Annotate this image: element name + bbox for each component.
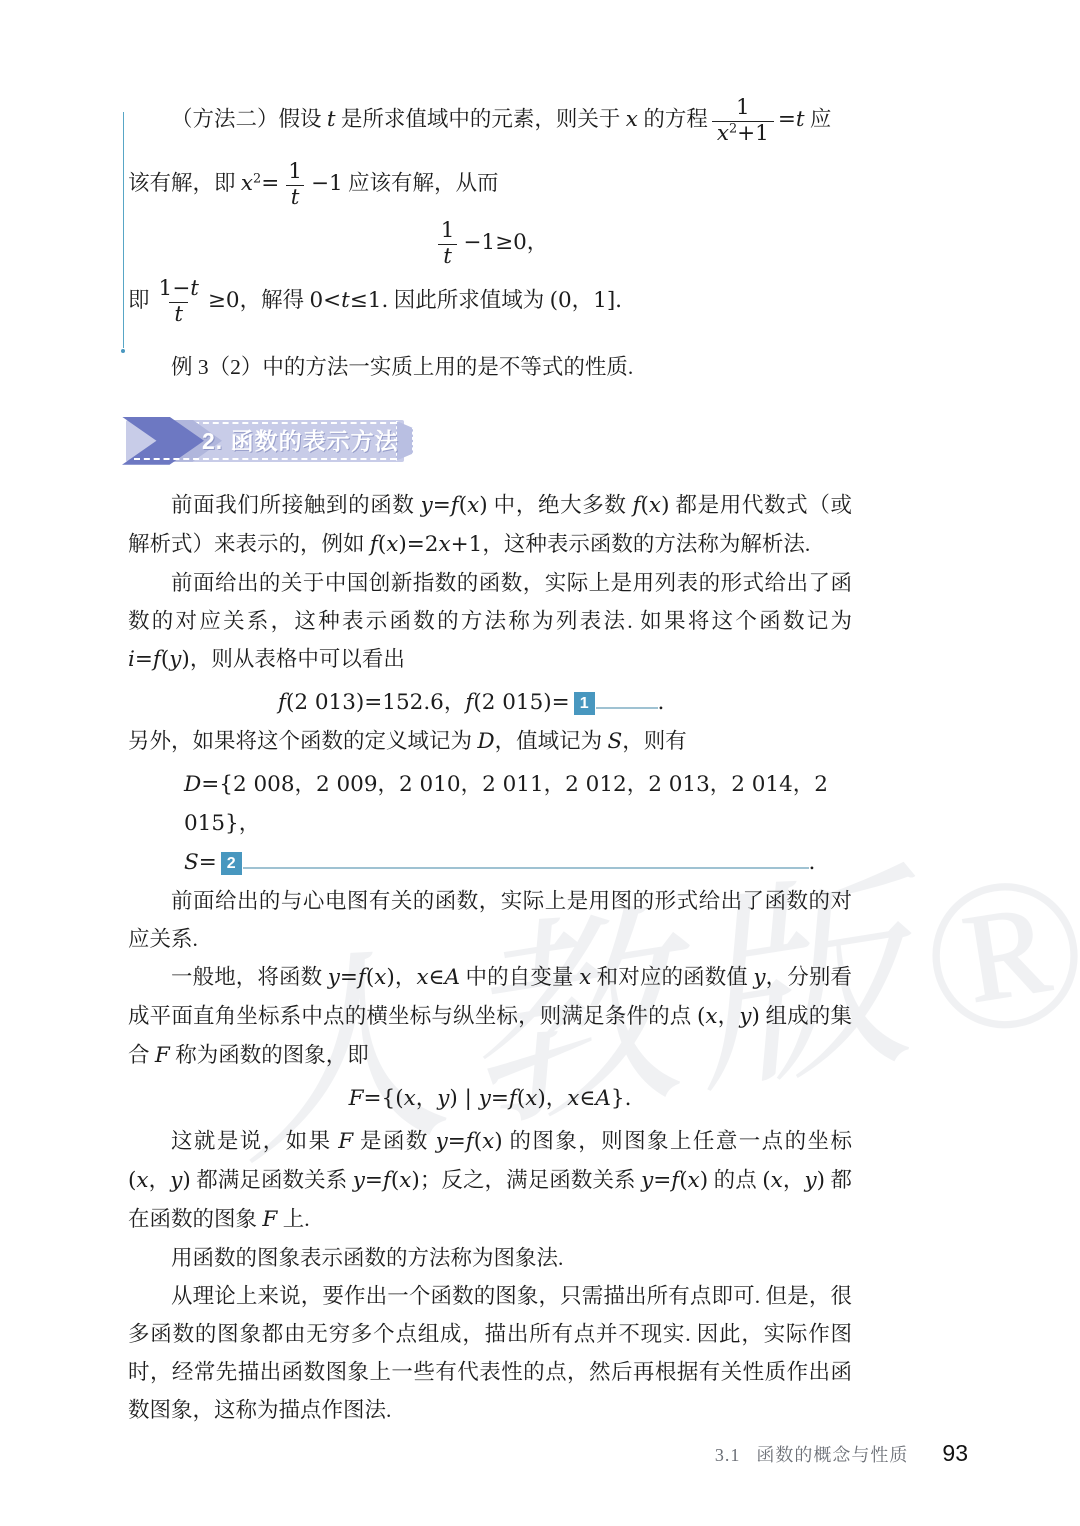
fraction: 1x2+1	[712, 96, 774, 146]
paragraph-method2-line2: 该有解，即 x2=1t−1 应该有解，从而	[128, 160, 852, 210]
fraction: 1−tt	[154, 277, 204, 327]
paragraph-graph-definition: 一般地，将函数 y=f(x)，x∈A 中的自变量 x 和对应的函数值 y，分别看…	[128, 958, 852, 1075]
fraction: 1t	[436, 219, 460, 269]
formula-f-values: f(2 013)=152.6，f(2 015)=1．	[128, 683, 852, 722]
section-title: 2. 函数的表示方法	[126, 420, 404, 462]
blank-number-box: 2	[221, 852, 242, 875]
paragraph-graph-property: 这就是说，如果 F 是函数 y=f(x) 的图象，则图象上任意一点的坐标 (x，…	[128, 1122, 852, 1239]
page-content: （方法二）假设 t 是所求值域中的元素，则关于 x 的方程1x2+1=t 应 该…	[128, 96, 852, 1429]
footer-section-title: 函数的概念与性质	[756, 1441, 908, 1467]
paragraph-method2-line1: （方法二）假设 t 是所求值域中的元素，则关于 x 的方程1x2+1=t 应	[128, 96, 852, 146]
footer-section-number: 3.1	[715, 1445, 741, 1466]
paragraph-point-plotting: 从理论上来说，要作出一个函数的图象，只需描出所有点即可. 但是，很多函数的图象都…	[128, 1277, 852, 1429]
paragraph-graph-intro: 前面给出的与心电图有关的函数，实际上是用图的形式给出了函数的对应关系.	[128, 882, 852, 958]
formula-range-blank: S=2．	[128, 843, 852, 882]
formula-domain-set: D={2 008，2 009，2 010，2 011，2 012，2 013，2…	[128, 765, 852, 843]
paragraph-graph-method: 用函数的图象表示函数的方法称为图象法.	[128, 1239, 852, 1277]
formula-graph-set: F={(x，y) | y=f(x)，x∈A}.	[128, 1079, 852, 1118]
page-footer: 3.1 函数的概念与性质 93	[715, 1440, 968, 1467]
paragraph-method2-remark: 例 3（2）中的方法一实质上用的是不等式的性质.	[128, 348, 852, 386]
paragraph-method2-line3: 即1−tt≥0，解得 0<t≤1. 因此所求值域为 (0，1]．	[128, 277, 852, 327]
margin-accent-line	[123, 112, 124, 348]
paragraph-domain-range: 另外，如果将这个函数的定义域记为 D，值域记为 S，则有	[128, 722, 852, 761]
blank-number-box: 1	[574, 692, 595, 715]
display-formula-inequality: 1t−1≥0，	[128, 219, 852, 269]
textbook-page: 人教版® （方法二）假设 t 是所求值域中的元素，则关于 x 的方程1x2+1=…	[0, 0, 1080, 1526]
fraction: 1t	[283, 160, 307, 210]
paragraph-analytic-method: 前面我们所接触到的函数 y=f(x) 中，绝大多数 f(x) 都是用代数式（或解…	[128, 486, 852, 564]
blank-underline	[596, 688, 658, 708]
page-number: 93	[942, 1440, 968, 1467]
paragraph-table-method: 前面给出的关于中国创新指数的函数，实际上是用列表的形式给出了函数的对应关系，这种…	[128, 564, 852, 679]
blank-underline	[243, 848, 809, 868]
section-banner: 2. 函数的表示方法	[126, 420, 404, 462]
